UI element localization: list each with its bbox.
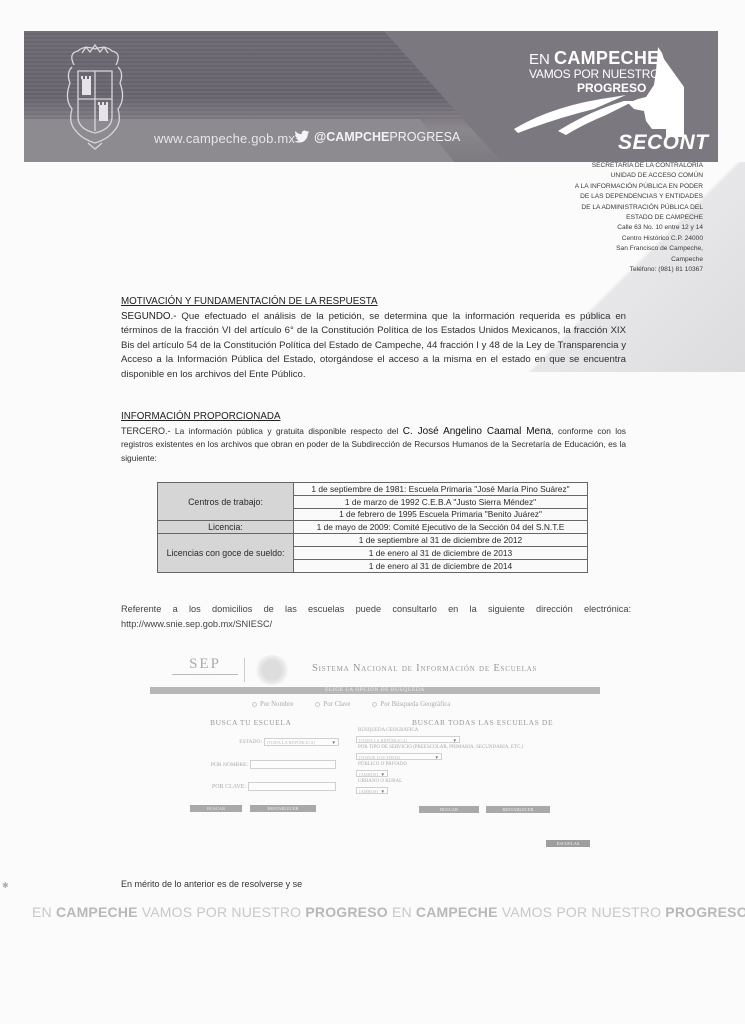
address-line: DE LA ADMINISTRACIÓN PÚBLICA DEL	[575, 203, 703, 213]
address-line: San Francisco de Campeche,	[575, 244, 703, 254]
address-line: Centro Histórico C.P. 24000	[575, 234, 703, 244]
table-row: Centros de trabajo: 1 de septiembre de 1…	[158, 483, 588, 496]
reference-text: Referente a los domicilios de las escuel…	[121, 602, 631, 617]
sep-logo-text: SEP	[172, 656, 238, 673]
footer-segment: EN	[32, 904, 56, 920]
section-information: INFORMACIÓN PROPORCIONADA TERCERO.- La i…	[121, 410, 626, 465]
table-cell: 1 de septiembre al 31 de diciembre de 20…	[294, 534, 588, 547]
radio-label: Por Búsqueda Geográfica	[380, 701, 450, 708]
footer-segment: EN	[388, 904, 416, 920]
address-line: SECRETARÍA DE LA CONTRALORÍA	[575, 161, 703, 171]
select-value: [TODA LA REPÚBLICA]	[359, 738, 407, 743]
coat-of-arms-icon	[62, 43, 128, 151]
closing-text: En mérito de lo anterior es de resolvers…	[121, 879, 302, 889]
section-heading: INFORMACIÓN PROPORCIONADA	[121, 410, 626, 425]
buscar-button[interactable]: BUSCAR	[190, 805, 242, 812]
paragraph-label: SEGUNDO.-	[121, 311, 177, 322]
urbano-select[interactable]: [AMBOS] ▼	[356, 787, 388, 794]
search-type-radio-group: Por Nombre Por Clave Por Búsqueda Geográ…	[252, 701, 450, 708]
footer-segment-bold: CAMPECHE	[416, 904, 498, 920]
sep-logo: SEP · · · · · · · ·	[172, 656, 238, 680]
nombre-label: POR NOMBRE:	[186, 762, 248, 768]
paragraph-text: La información pública y gratuita dispon…	[171, 426, 403, 436]
address-phone: Teléfono: (981) 81 10367	[575, 265, 703, 275]
dropdown-arrow-icon: ▼	[381, 788, 385, 795]
footer-segment-bold: PROGRESO	[665, 904, 745, 920]
reference-paragraph: Referente a los domicilios de las escuel…	[121, 602, 631, 632]
address-line: ESTADO DE CAMPECHE	[575, 213, 703, 223]
table-row: Licencia: 1 de mayo de 2009: Comité Ejec…	[158, 521, 588, 534]
restablecer-button[interactable]: RESTABLECER	[250, 805, 316, 812]
clave-input[interactable]	[248, 782, 336, 791]
snie-search-screenshot: SEP · · · · · · · · Sistema Nacional de …	[150, 652, 600, 852]
radio-label: Por Nombre	[260, 701, 293, 708]
select-value: [AMBOS]	[359, 772, 378, 777]
nombre-input[interactable]	[250, 760, 336, 769]
sep-logo-rule	[172, 674, 238, 675]
twitter-handle-rest: PROGRESA	[389, 130, 460, 144]
slogan-prefix: EN	[529, 51, 550, 68]
radio-icon	[315, 702, 320, 707]
dropdown-arrow-icon: ▼	[435, 754, 439, 761]
header-banner: www.campeche.gob.mx @CAMPCHEPROGRESA EN …	[24, 31, 718, 162]
slogan-state: CAMPECHE	[554, 48, 659, 68]
select-value: [TODOS LOS TIPOS]	[359, 755, 400, 760]
table-cell: 1 de septiembre de 1981: Escuela Primari…	[294, 483, 588, 496]
radio-icon	[372, 702, 377, 707]
twitter-bird-icon	[294, 130, 310, 144]
table-cell: 1 de febrero de 1995 Escuela Primaria "B…	[294, 508, 588, 521]
twitter-handle-bold: @CAMPCHE	[314, 130, 389, 144]
section-paragraph: TERCERO.- La información pública y gratu…	[121, 425, 626, 466]
agency-address: SECRETARÍA DE LA CONTRALORÍA UNIDAD DE A…	[575, 161, 703, 275]
estado-select[interactable]: [TODA LA REPÚBLICA] ▼	[264, 738, 339, 746]
footer-segment-bold: PROGRESO	[305, 904, 388, 920]
publico-select[interactable]: [AMBOS] ▼	[356, 770, 388, 777]
select-value: [AMBOS]	[359, 789, 378, 794]
reference-url-link[interactable]: http://www.snie.sep.gob.mx/SNIESC/	[121, 617, 631, 632]
dropdown-arrow-icon: ▼	[453, 737, 457, 744]
buscar-todas-title: BUSCAR TODAS LAS ESCUELAS DE	[412, 718, 553, 727]
section-paragraph: SEGUNDO.- Que efectuado el análisis de l…	[121, 310, 626, 383]
row-header: Licencias con goce de sueldo:	[158, 534, 294, 572]
section-motivation: MOTIVACIÓN Y FUNDAMENTACIÓN DE LA RESPUE…	[121, 295, 626, 383]
footer-slogan: EN CAMPECHE VAMOS POR NUESTRO PROGRESO E…	[32, 904, 722, 920]
row-header: Licencia:	[158, 521, 294, 534]
clave-label: POR CLAVE:	[186, 784, 246, 790]
address-line: Campeche	[575, 255, 703, 265]
twitter-handle[interactable]: @CAMPCHEPROGRESA	[294, 130, 460, 144]
table-row: Licencias con goce de sueldo: 1 de septi…	[158, 534, 588, 547]
snie-title: Sistema Nacional de Información de Escue…	[312, 663, 537, 674]
radio-label: Por Clave	[323, 701, 350, 708]
address-line: Calle 63 No. 10 entre 12 y 14	[575, 223, 703, 233]
radio-icon	[252, 702, 257, 707]
paragraph-text: Que efectuado el análisis de la petición…	[121, 311, 626, 380]
dropdown-arrow-icon: ▼	[381, 771, 385, 778]
urbano-label: URBANO O RURAL	[358, 779, 402, 784]
table-cell: 1 de enero al 31 de diciembre de 2013	[294, 546, 588, 559]
footer-segment: VAMOS POR NUESTRO	[138, 904, 306, 920]
restablecer-geo-button[interactable]: RESTABLECER	[486, 806, 550, 813]
estado-label: ESTADO:	[206, 739, 262, 745]
campeche-slogan-logo: EN CAMPECHE VAMOS POR NUESTRO PROGRESO	[529, 49, 659, 94]
dropdown-arrow-icon: ▼	[332, 739, 336, 746]
escuelas-zoom-button[interactable]: ESCUELAS	[546, 840, 590, 847]
slogan-line3: PROGRESO	[529, 82, 659, 94]
search-option-bar: ELIGE LA OPCIÓN DE BÚSQUEDA	[150, 687, 600, 694]
radio-por-nombre[interactable]: Por Nombre	[252, 701, 293, 708]
person-name: C. José Angelino Caamal Mena	[403, 426, 552, 437]
tipo-label: POR TIPO DE SERVICIO (PREESCOLAR, PRIMAR…	[358, 745, 523, 750]
footer-segment: VAMOS POR NUESTRO	[498, 904, 666, 920]
geo-label: BÚSQUEDA GEOGRÁFICA	[358, 728, 418, 733]
radio-por-clave[interactable]: Por Clave	[315, 701, 350, 708]
address-line: A LA INFORMACIÓN PÚBLICA EN PODER	[575, 182, 703, 192]
paragraph-label: TERCERO.-	[121, 426, 171, 436]
slogan-line2: VAMOS POR NUESTRO	[529, 68, 659, 80]
table-cell: 1 de enero al 31 de diciembre de 2014	[294, 559, 588, 572]
tipo-select[interactable]: [TODOS LOS TIPOS] ▼	[356, 753, 442, 760]
mexico-seal-icon	[254, 655, 290, 685]
address-line: DE LAS DEPENDENCIAS Y ENTIDADES	[575, 192, 703, 202]
radio-busqueda-geografica[interactable]: Por Búsqueda Geográfica	[372, 701, 450, 708]
row-header: Centros de trabajo:	[158, 483, 294, 521]
sep-logo-subtext: · · · · · · · ·	[172, 676, 238, 680]
employment-info-table: Centros de trabajo: 1 de septiembre de 1…	[157, 482, 588, 573]
table-cell: 1 de mayo de 2009: Comité Ejecutivo de l…	[294, 521, 588, 534]
select-value: [TODA LA REPÚBLICA]	[267, 740, 315, 745]
busca-tu-escuela-title: BUSCA TU ESCUELA	[210, 718, 292, 727]
logo-divider	[244, 658, 245, 682]
website-url[interactable]: www.campeche.gob.mx	[154, 131, 295, 146]
geo-select[interactable]: [TODA LA REPÚBLICA] ▼	[356, 736, 460, 743]
footer-segment-bold: CAMPECHE	[56, 904, 138, 920]
address-line: UNIDAD DE ACCESO COMÚN	[575, 171, 703, 181]
section-heading: MOTIVACIÓN Y FUNDAMENTACIÓN DE LA RESPUE…	[121, 295, 626, 310]
table-cell: 1 de marzo de 1992 C.E.B.A "Justo Sierra…	[294, 495, 588, 508]
buscar-geo-button[interactable]: BUSCAR	[419, 806, 479, 813]
publico-label: PÚBLICO O PRIVADO	[358, 762, 407, 767]
scan-mark: ✱	[2, 881, 8, 887]
secont-logo: SECONT	[618, 131, 709, 155]
